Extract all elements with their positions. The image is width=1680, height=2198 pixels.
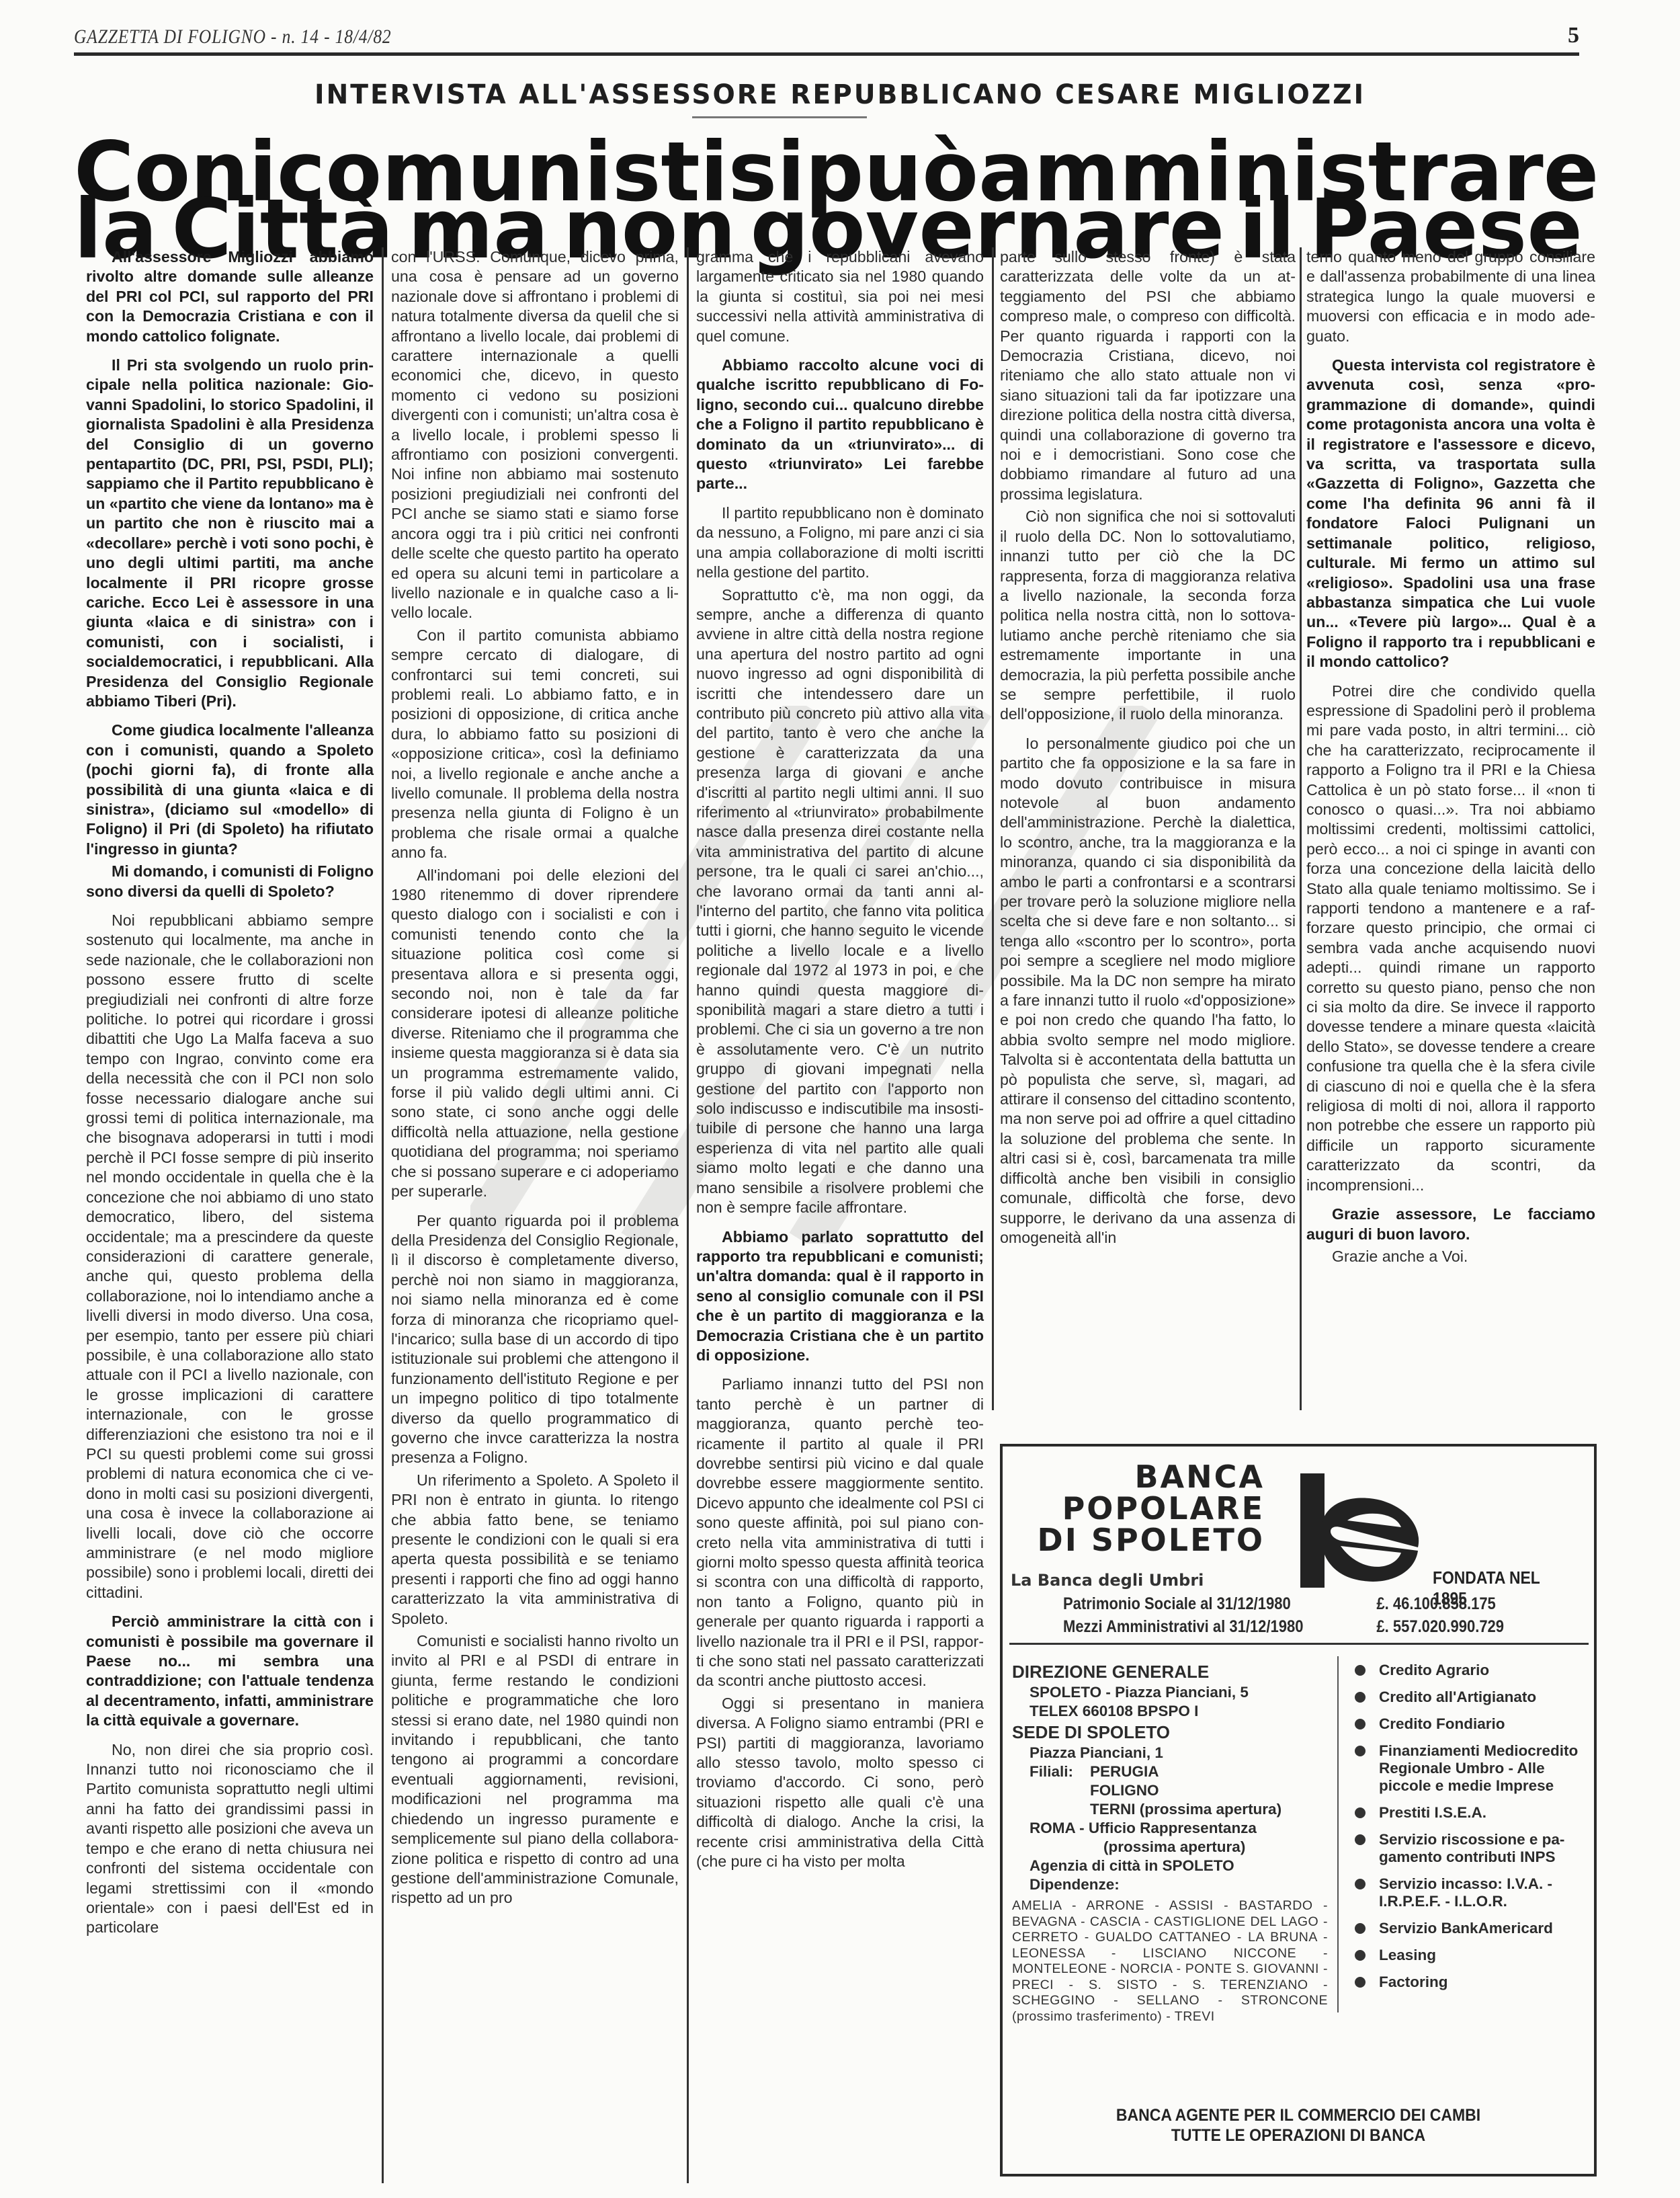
capital-row: Patrimonio Sociale al 31/12/1980 £. 46.1…	[1063, 1594, 1291, 1614]
service-item: Servizio BankAmericard	[1352, 1920, 1587, 1937]
answer-paragraph: Noi repubblicani abbiamo sem­pre sostenu…	[86, 911, 374, 1602]
answer-paragraph: parte sullo stesso fronte) è stata carat…	[1000, 247, 1296, 504]
intro-paragraph: All'assessore Migliozzi abbiamo rivolto …	[86, 247, 374, 346]
answer-paragraph: terno quanto meno del gruppo consiliare …	[1306, 247, 1595, 346]
answer-paragraph: Per quanto riguarda poi il pro­blema del…	[391, 1211, 679, 1468]
question-paragraph: Abbiamo raccolto alcune voci di qualche …	[696, 356, 984, 494]
page-number: 5	[1568, 23, 1579, 48]
answer-paragraph: con l'URSS. Comunque, dicevo pri­ma, una…	[391, 247, 679, 623]
article-kicker: INTERVISTA ALL'ASSESSORE REPUBBLICANO CE…	[17, 79, 1663, 110]
bank-offices: DIREZIONE GENERALE SPOLETO - Piazza Pian…	[1012, 1660, 1328, 2025]
ad-column-divider	[1337, 1656, 1339, 2012]
question-paragraph: Perciò amministrare la città con i comun…	[86, 1612, 374, 1730]
question-paragraph: Mi domando, i comunisti di Foli­gno sono…	[86, 862, 374, 901]
bank-advertisement: BANCA POPOLARE DI SPOLETO La Banca degli…	[1000, 1444, 1597, 2176]
column-rule	[382, 247, 384, 2183]
bank-name: BANCA POPOLARE DI SPOLETO	[1009, 1461, 1265, 1556]
kicker-divider	[692, 116, 867, 118]
bullet-icon	[1355, 1923, 1366, 1934]
ad-divider	[1009, 1643, 1589, 1645]
answer-paragraph: gramma che i repubblicani avevano largam…	[696, 247, 984, 346]
service-item: Finanziamenti Mediocredito Regionale Umb…	[1352, 1742, 1587, 1795]
column-rule	[1300, 247, 1302, 1410]
question-paragraph: Abbiamo parlato soprattutto del rapporto…	[696, 1227, 984, 1366]
ad-footer: BANCA AGENTE PER IL COMMERCIO DEI CAMBI …	[1026, 2105, 1570, 2146]
service-item: Servizio incasso: I.V.A. - I.R.P.E.F. - …	[1352, 1875, 1587, 1910]
answer-paragraph: Comunisti e socialisti hanno ri­volto un…	[391, 1631, 679, 1908]
answer-paragraph: All'indomani poi delle elezioni del 1980…	[391, 866, 679, 1202]
closing-answer: Grazie anche a Voi.	[1306, 1247, 1595, 1266]
article-column-5: terno quanto meno del gruppo consiliare …	[1306, 247, 1595, 1276]
answer-paragraph: Potrei dire che condivido quella espress…	[1306, 682, 1595, 1196]
service-item: Servizio riscossione e pa­gamento contri…	[1352, 1831, 1587, 1866]
answer-paragraph: Il partito repubblicano non è dominato d…	[696, 503, 984, 583]
bullet-icon	[1355, 1807, 1366, 1818]
service-item: Credito Agrario	[1352, 1662, 1587, 1679]
service-item: Credito Fondiario	[1352, 1715, 1587, 1733]
bullet-icon	[1355, 1834, 1366, 1845]
bullet-icon	[1355, 1950, 1366, 1961]
article-column-1: All'assessore Migliozzi abbiamo rivolto …	[86, 247, 374, 1947]
bullet-icon	[1355, 1692, 1366, 1703]
answer-paragraph: No, non direi che sia proprio così. Inna…	[86, 1740, 374, 1938]
bps-monogram-logo-icon	[1300, 1473, 1421, 1588]
answer-paragraph: Ciò non significa che noi si sot­tovalut…	[1000, 507, 1296, 724]
publication-line: GAZZETTA DI FOLIGNO - n. 14 - 18/4/82	[74, 26, 392, 48]
answer-paragraph: Con il partito comunista abbia­mo sempre…	[391, 626, 679, 863]
bullet-icon	[1355, 1719, 1366, 1729]
article-column-2: con l'URSS. Comunque, dicevo pri­ma, una…	[391, 247, 679, 1918]
dependencies-list: AMELIA - ARRONE - ASSISI - BASTARDO - BE…	[1012, 1898, 1328, 2025]
service-item: Credito all'Artigianato	[1352, 1688, 1587, 1706]
article-column-4: parte sullo stesso fronte) è stata carat…	[1000, 247, 1296, 1257]
column-rule	[992, 247, 994, 1410]
service-item: Leasing	[1352, 1947, 1587, 1964]
bullet-icon	[1355, 1879, 1366, 1889]
answer-paragraph: Un riferimento a Spoleto. A Spo­leto il …	[391, 1471, 679, 1629]
service-item: Prestiti I.S.E.A.	[1352, 1804, 1587, 1822]
bullet-icon	[1355, 1746, 1366, 1756]
closing-question: Grazie assessore, Le facciamo auguri di …	[1306, 1205, 1595, 1244]
bullet-icon	[1355, 1977, 1366, 1988]
answer-paragraph: Parliamo innanzi tutto del PSI non tanto…	[696, 1375, 984, 1691]
answer-paragraph: Soprattutto c'è, ma non oggi, da sempre,…	[696, 585, 984, 1218]
service-item: Factoring	[1352, 1973, 1587, 1991]
bullet-icon	[1355, 1665, 1366, 1676]
article-column-3: gramma che i repubblicani avevano largam…	[696, 247, 984, 1881]
masthead-rule	[74, 52, 1579, 56]
bank-tagline: La Banca degli Umbri	[1011, 1571, 1204, 1590]
answer-paragraph: Oggi si presentano in maniera diversa. A…	[696, 1694, 984, 1872]
branches-row: Filiali: PERUGIA	[1012, 1762, 1328, 1781]
question-paragraph: Questa intervista col registra­tore è av…	[1306, 356, 1595, 672]
bank-services-list: Credito Agrario Credito all'Artigianato …	[1352, 1662, 1587, 2000]
question-paragraph: Il Pri sta svolgendo un ruolo prin­cipal…	[86, 356, 374, 711]
answer-paragraph: Io personalmente giudico poi che un part…	[1000, 734, 1296, 1248]
masthead: GAZZETTA DI FOLIGNO - n. 14 - 18/4/82 5	[74, 11, 1579, 58]
capital-row: Mezzi Amministrativi al 31/12/1980 £. 55…	[1063, 1617, 1303, 1637]
question-paragraph: Come giudica localmente l'allean­za con …	[86, 721, 374, 859]
column-rule	[687, 247, 689, 2183]
